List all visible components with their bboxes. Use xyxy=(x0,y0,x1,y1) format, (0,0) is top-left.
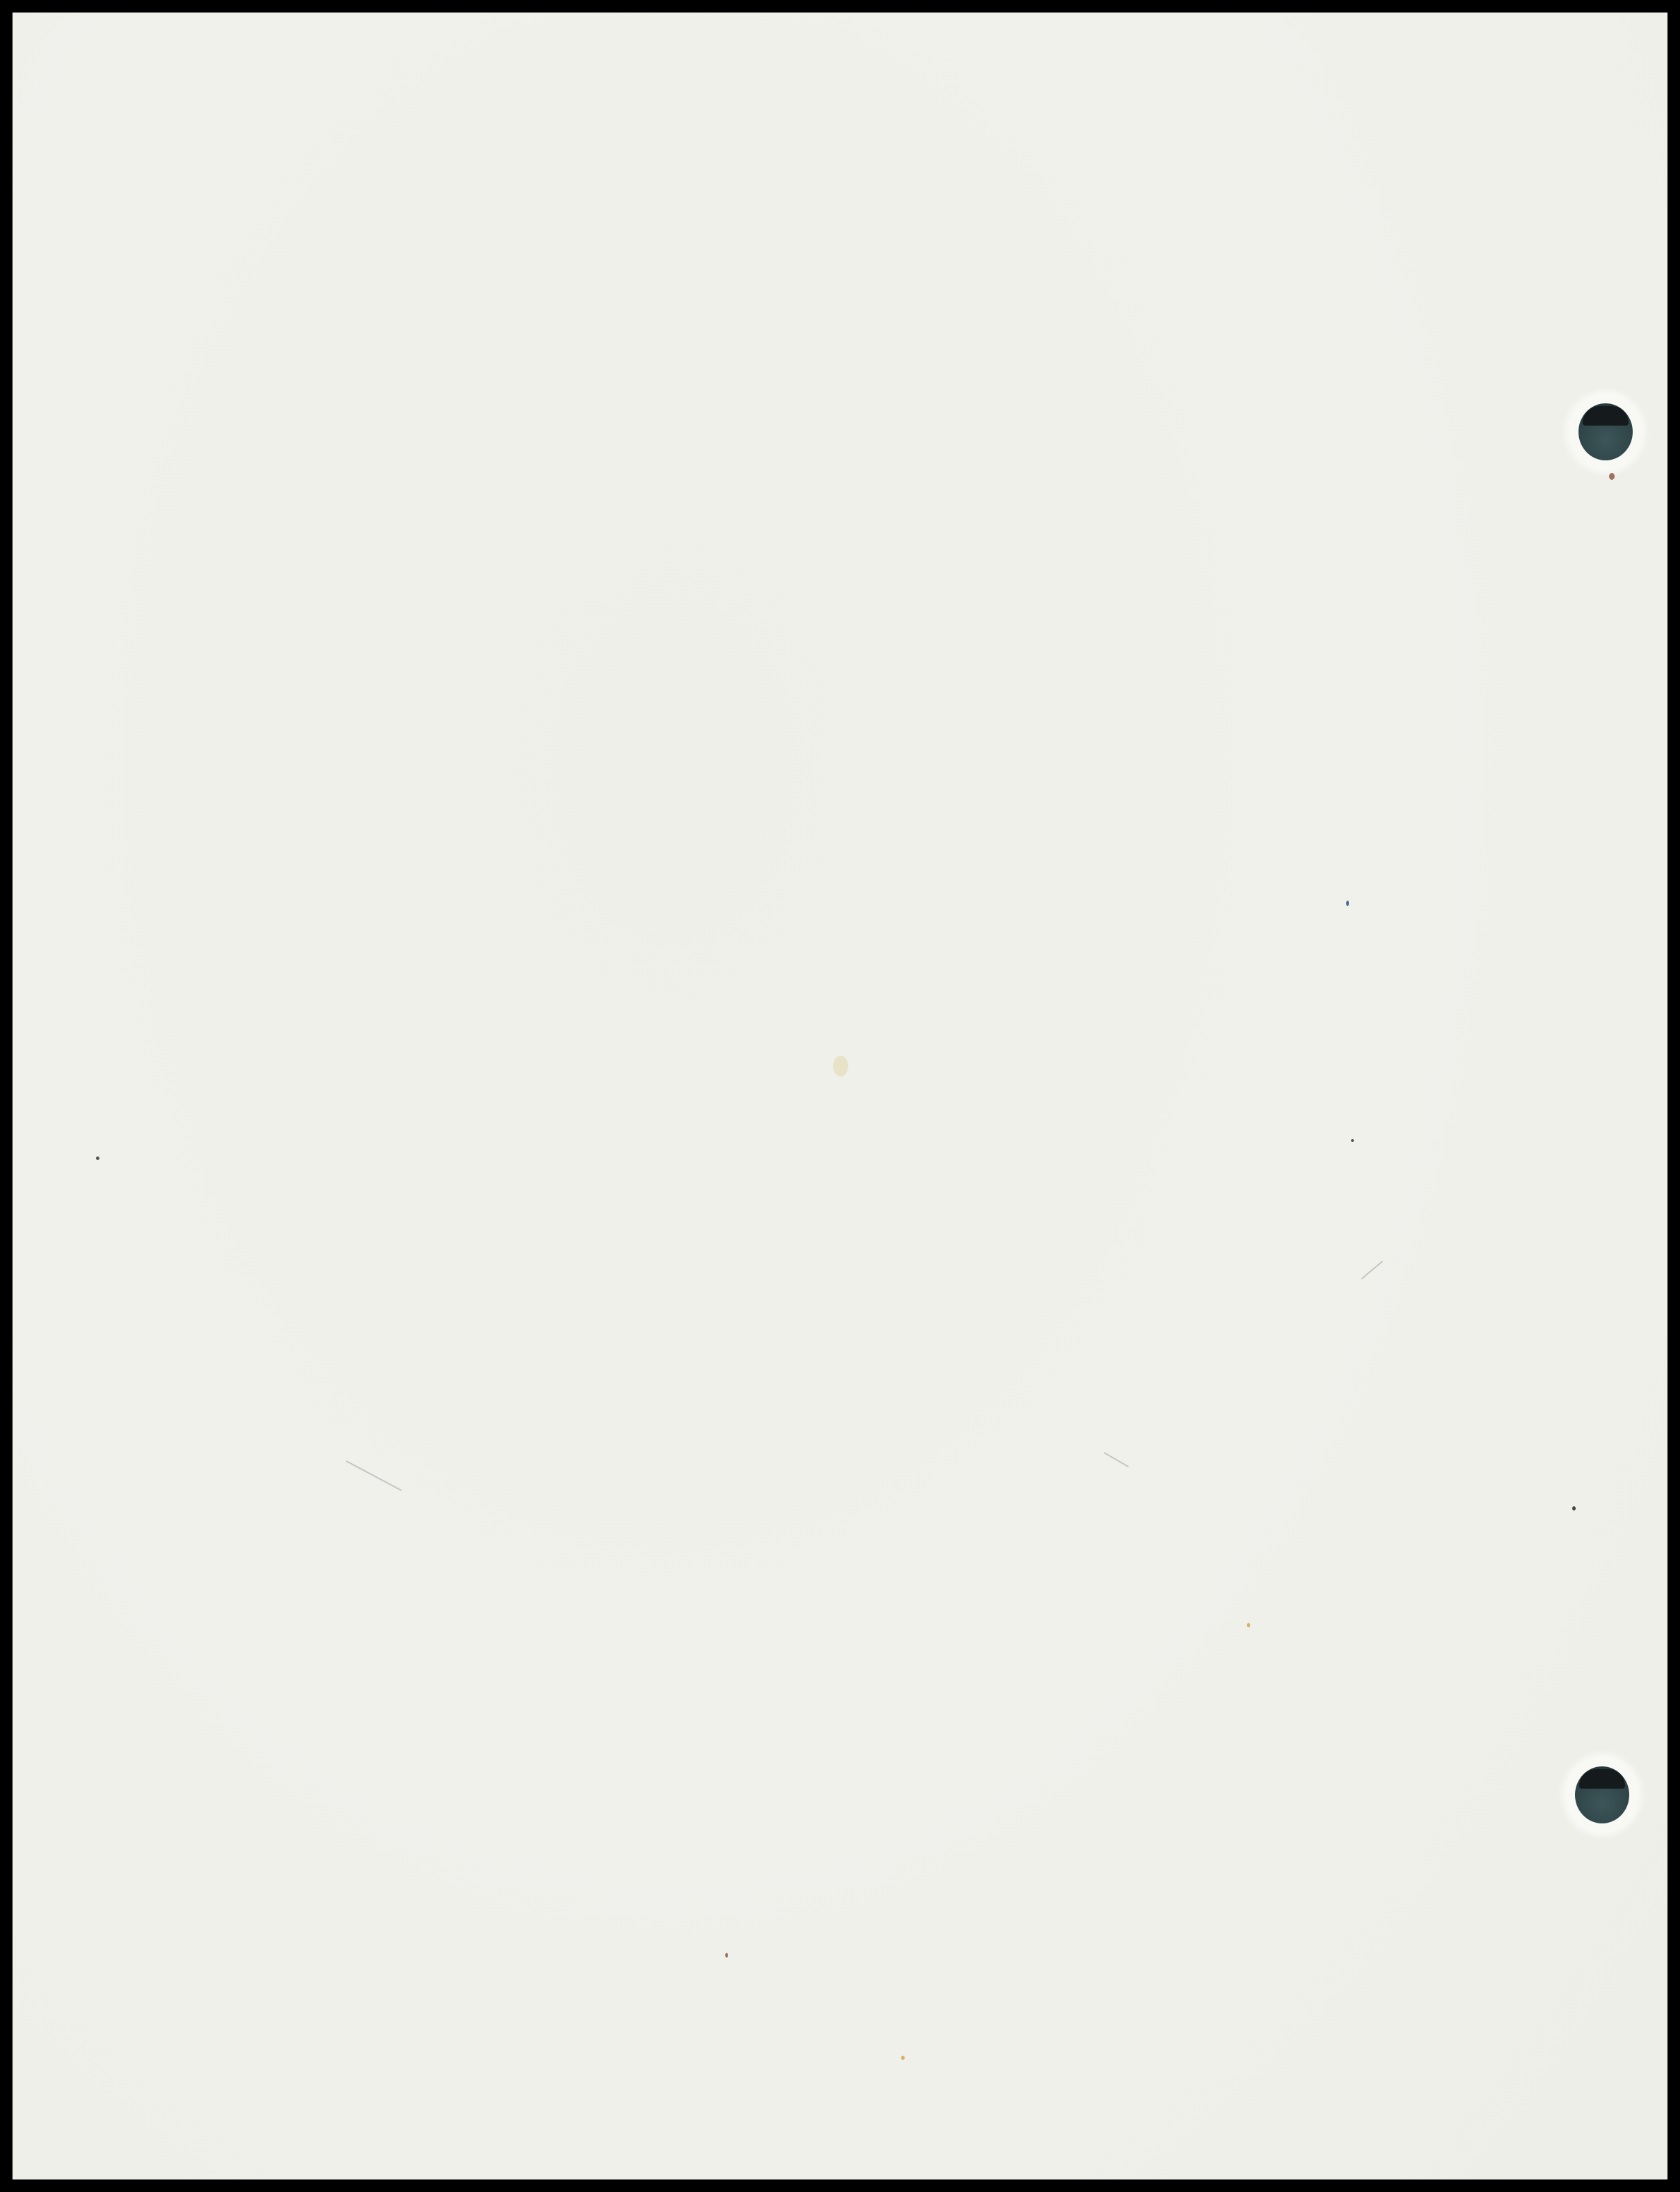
paper-speck xyxy=(833,1056,848,1077)
blank-paper-page xyxy=(13,13,1667,2179)
paper-speck xyxy=(1572,1506,1576,1510)
paper-speck xyxy=(901,2056,905,2060)
paper-fiber xyxy=(346,1460,402,1491)
paper-speck xyxy=(96,1157,99,1160)
paper-speck xyxy=(725,1953,728,1958)
paper-speck xyxy=(1609,473,1615,480)
paper-fiber xyxy=(1104,1452,1129,1467)
paper-fiber xyxy=(1361,1261,1383,1280)
paper-speck xyxy=(1247,1623,1250,1627)
punch-hole-top xyxy=(1578,403,1633,460)
paper-speck xyxy=(1351,1139,1354,1142)
punch-hole-bottom xyxy=(1575,1766,1629,1823)
paper-speck xyxy=(1346,901,1349,906)
